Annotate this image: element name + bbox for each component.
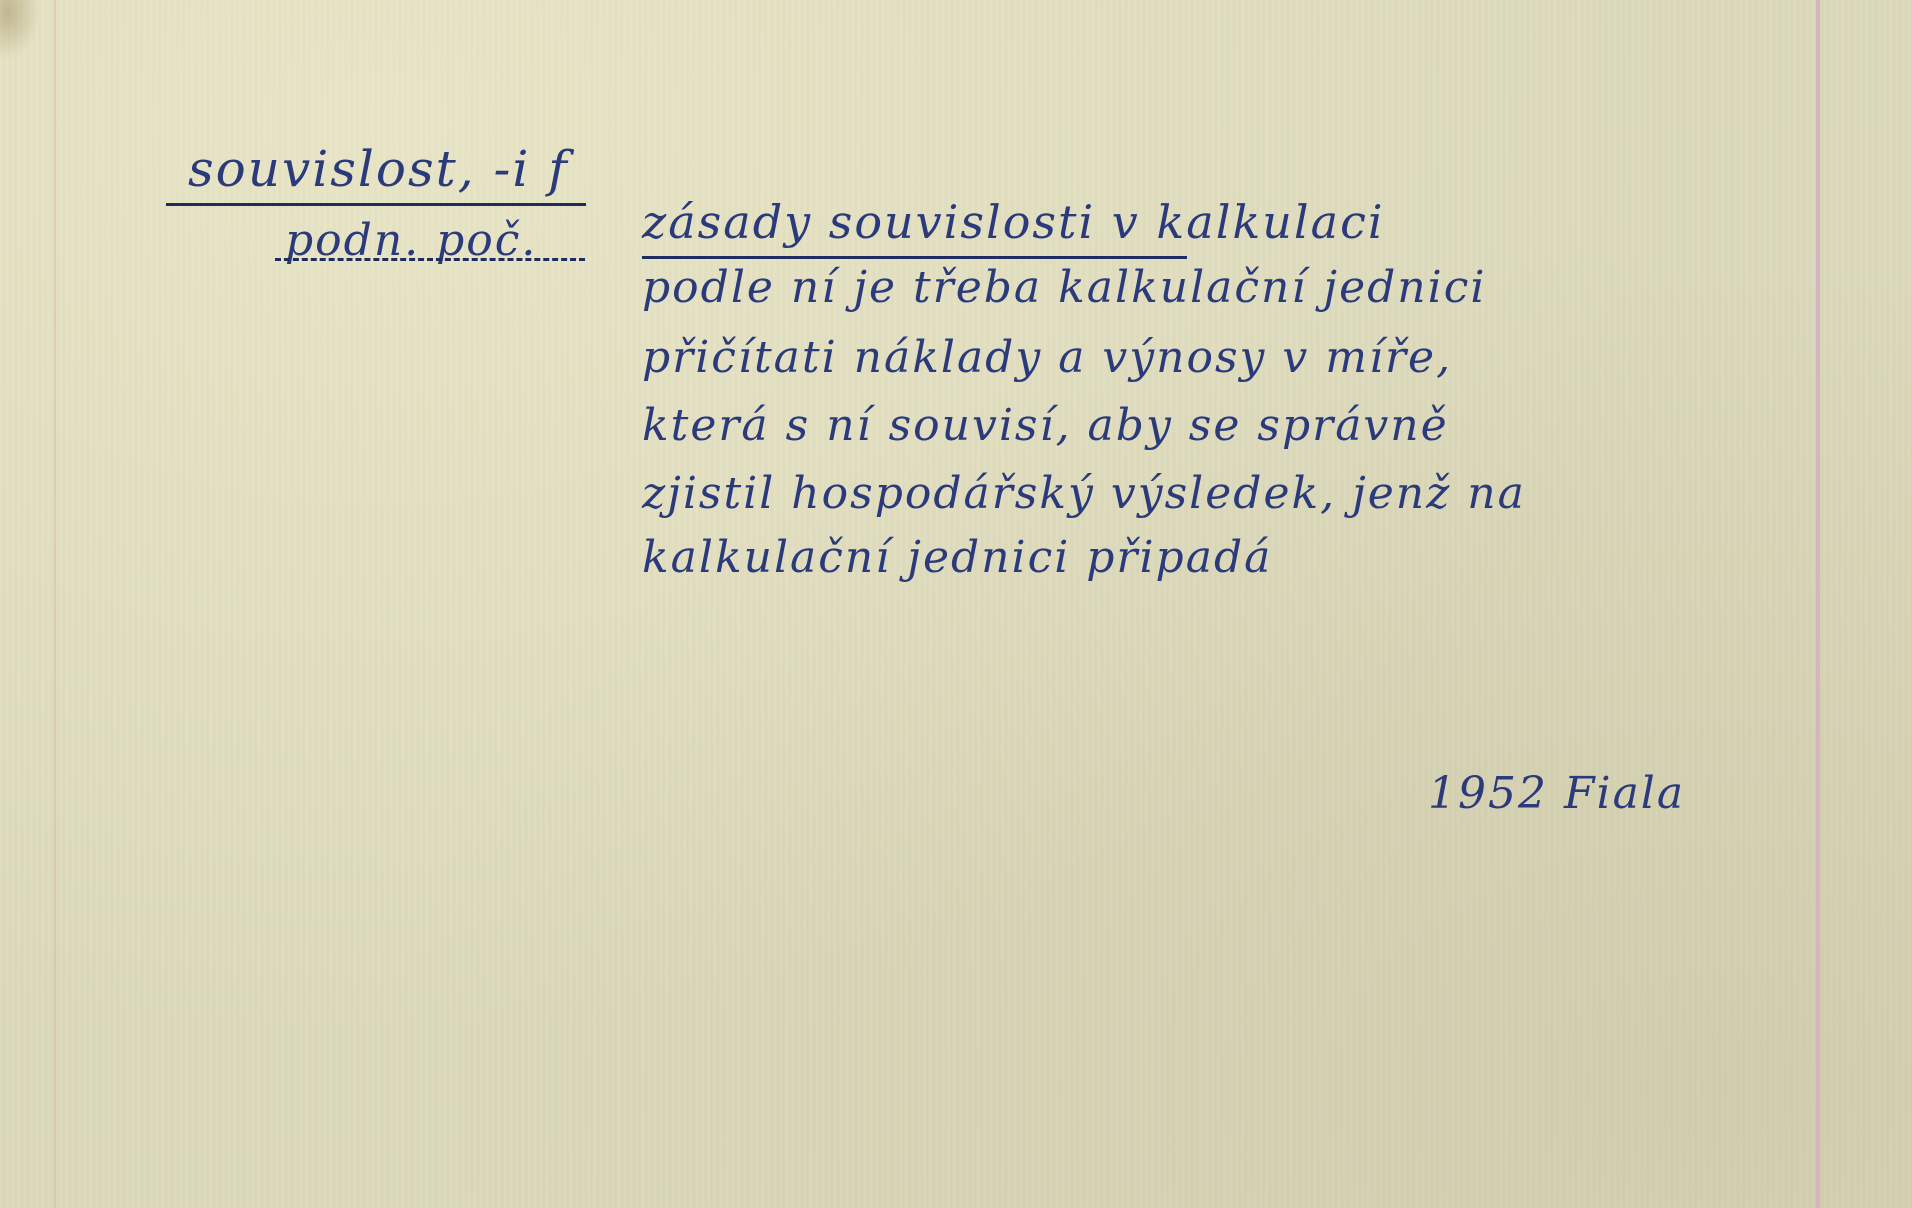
left-margin-line — [54, 0, 56, 1208]
definition-line: která s ní souvisí, aby se správně — [642, 400, 1449, 451]
date-signature: 1952 Fiala — [1428, 768, 1685, 819]
definition-line: podle ní je třeba kalkulační jednici — [642, 262, 1486, 313]
definition-line: kalkulační jednici připadá — [642, 532, 1272, 583]
source-dashed-underline — [275, 258, 585, 261]
headword-underline — [166, 203, 586, 206]
headword: souvislost, -i f — [188, 140, 569, 198]
paper-stain — [0, 0, 40, 60]
definition-line: přičítati náklady a výnosy v míře, — [642, 332, 1452, 383]
definition-title: zásady souvislosti v kalkulaci — [642, 195, 1385, 249]
title-underline — [642, 256, 1187, 259]
definition-line: zjistil hospodářský výsledek, jenž na — [642, 468, 1526, 519]
index-card: souvislost, -i f podn. poč. zásady souvi… — [0, 0, 1912, 1208]
right-margin-line — [1816, 0, 1820, 1208]
